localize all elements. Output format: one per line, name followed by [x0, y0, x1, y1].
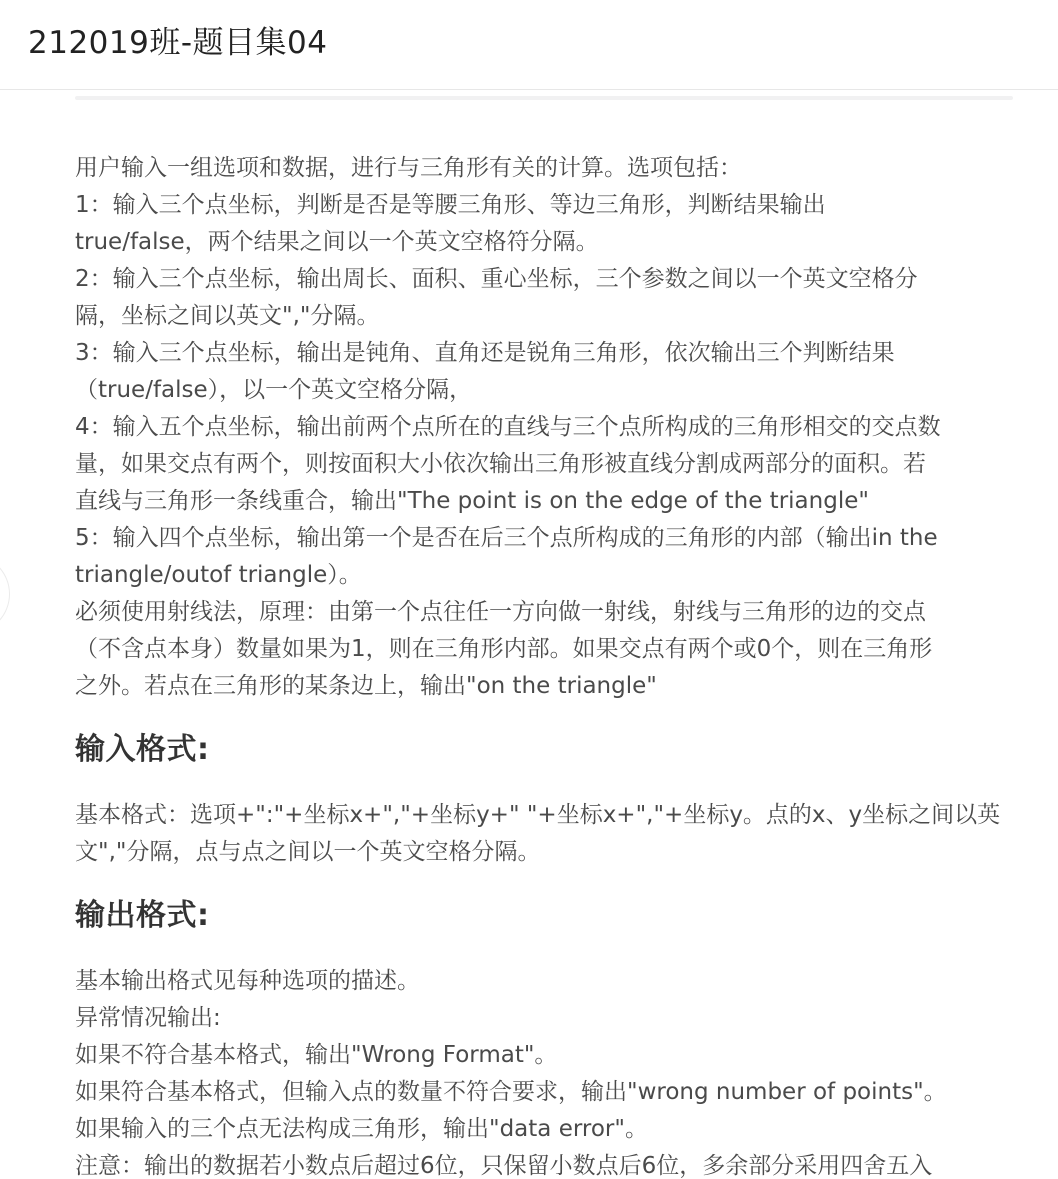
text-line: 如果不符合基本格式，输出"Wrong Format"。 — [75, 1037, 1013, 1074]
problem-content: 用户输入一组选项和数据，进行与三角形有关的计算。选项包括：1：输入三个点坐标，判… — [75, 96, 1013, 1179]
text-line: 量，如果交点有两个，则按面积大小依次输出三角形被直线分割成两部分的面积。若 — [75, 446, 1013, 483]
text-line: 如果输入的三个点无法构成三角形，输出"data error"。 — [75, 1111, 1013, 1148]
text-line: （true/false），以一个英文空格分隔， — [75, 372, 1013, 409]
side-drawer-handle-button[interactable] — [0, 554, 10, 634]
output-format-text: 基本输出格式见每种选项的描述。异常情况输出:如果不符合基本格式，输出"Wrong… — [75, 963, 1013, 1179]
text-line: 异常情况输出: — [75, 1000, 1013, 1037]
text-line: 3：输入三个点坐标，输出是钝角、直角还是锐角三角形，依次输出三个判断结果 — [75, 335, 1013, 372]
text-line: triangle/outof triangle）。 — [75, 557, 1013, 594]
page-header: 212019班-题目集04 — [0, 0, 1058, 90]
text-line: 4：输入五个点坐标，输出前两个点所在的直线与三个点所构成的三角形相交的交点数 — [75, 409, 1013, 446]
section-heading-input-format: 输入格式: — [75, 730, 1013, 770]
content-top-divider — [75, 96, 1013, 100]
text-line: 隔，坐标之间以英文","分隔。 — [75, 298, 1013, 335]
page-title: 212019班-题目集04 — [0, 0, 1058, 63]
text-line: （不含点本身）数量如果为1，则在三角形内部。如果交点有两个或0个，则在三角形 — [75, 631, 1013, 668]
text-line: 用户输入一组选项和数据，进行与三角形有关的计算。选项包括： — [75, 150, 1013, 187]
text-line: 1：输入三个点坐标，判断是否是等腰三角形、等边三角形，判断结果输出 — [75, 187, 1013, 224]
section-heading-output-format: 输出格式: — [75, 896, 1013, 936]
text-line: 基本格式：选项+":"+坐标x+","+坐标y+" "+坐标x+","+坐标y。… — [75, 797, 1013, 834]
input-format-text: 基本格式：选项+":"+坐标x+","+坐标y+" "+坐标x+","+坐标y。… — [75, 797, 1013, 871]
text-line: 之外。若点在三角形的某条边上，输出"on the triangle" — [75, 668, 1013, 705]
text-line: 2：输入三个点坐标，输出周长、面积、重心坐标，三个参数之间以一个英文空格分 — [75, 261, 1013, 298]
problem-description: 用户输入一组选项和数据，进行与三角形有关的计算。选项包括：1：输入三个点坐标，判… — [75, 150, 1013, 705]
text-line: 必须使用射线法，原理：由第一个点往任一方向做一射线，射线与三角形的边的交点 — [75, 594, 1013, 631]
text-line: 如果符合基本格式，但输入点的数量不符合要求，输出"wrong number of… — [75, 1074, 1013, 1111]
text-line: 5：输入四个点坐标，输出第一个是否在后三个点所构成的三角形的内部（输出in th… — [75, 520, 1013, 557]
text-line: true/false，两个结果之间以一个英文空格符分隔。 — [75, 224, 1013, 261]
text-line: 基本输出格式见每种选项的描述。 — [75, 963, 1013, 1000]
text-line: 直线与三角形一条线重合，输出"The point is on the edge … — [75, 483, 1013, 520]
text-line: 注意：输出的数据若小数点后超过6位，只保留小数点后6位，多余部分采用四舍五入 — [75, 1148, 1013, 1179]
text-line: 文","分隔，点与点之间以一个英文空格分隔。 — [75, 834, 1013, 871]
